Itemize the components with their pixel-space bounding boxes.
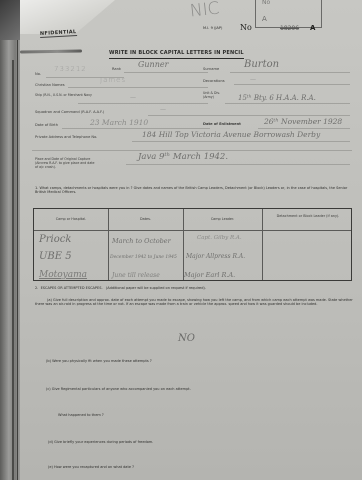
table-cell-camp: Motoyama [39, 270, 87, 280]
table-cell-leader: Capt. Gilby R.A. [197, 235, 242, 241]
question-2b: (b) Were you physically fit when you mad… [46, 359, 152, 363]
field-address-value: 184 Hill Top Victoria Avenue Borrowash D… [142, 131, 320, 139]
folder-edge-inner [17, 40, 18, 480]
table-cell-camp: UBE 5 [39, 251, 72, 262]
folder-spine [0, 0, 22, 480]
field-enlistment-value: 26ᵗʰ November 1928 [264, 118, 342, 126]
number-label: No [240, 24, 252, 32]
table-header-dates: Dates. [108, 217, 183, 221]
document-page: NIC No A M.I. 9 (JAP) No 18296 A NFIDENT… [20, 0, 362, 480]
table-header-camp: Camp or Hospital. [34, 217, 108, 221]
form-code: M.I. 9 (JAP) [203, 27, 222, 31]
field-decorations-value: — [250, 77, 256, 83]
table-header-detachment-leader: Detachment or Block Leader (if any). [266, 214, 350, 218]
folder-edge [12, 60, 14, 480]
instruction-heading: WRITE IN BLOCK CAPITAL LETTERS IN PENCIL [109, 51, 244, 59]
serial-number: 18296 [280, 26, 299, 32]
field-no-value: 733212 [54, 66, 87, 73]
field-christian-names-label: Christian Names [35, 84, 65, 88]
field-surname-label: Surname [203, 68, 219, 72]
field-squadron-label: Squadron and Command (R.A.F. A.A.F.) [35, 111, 104, 115]
stamp-faint-text: No [262, 0, 270, 6]
question-2a-answer: NO [178, 334, 195, 344]
field-ship-label: Ship (R.N., U.S.N. or Merchant Navy [35, 94, 92, 98]
field-capture-value: Java 9ᵗʰ March 1942. [138, 153, 228, 162]
field-unit-value: 15ᵗʰ Bty. 6 H.A.A. R.A. [238, 95, 316, 102]
field-surname-value: Burton [244, 60, 279, 70]
table-cell-dates: December 1942 to June 1945 [110, 255, 177, 260]
field-dob-value: 23 March 1910 [90, 119, 148, 127]
field-address-label: Private Address and Telephone No. [35, 136, 97, 140]
classification-label: NFIDENTIAL [40, 30, 77, 38]
field-squadron-value: — [160, 107, 166, 113]
camps-table: Camp or Hospital. Dates. Camp Leader. De… [33, 208, 352, 281]
field-capture-sublabel: (Aircrew R.A.F. to give place and date o… [35, 162, 95, 169]
field-dob-label: Date of Birth [35, 124, 58, 128]
field-ship-value: — [130, 95, 136, 101]
question-2e: (e) How were you recaptured and on what … [48, 465, 134, 469]
table-cell-leader: Major Allpress R.A. [186, 253, 245, 260]
question-2c: (c) Give Regimental particulars of anyon… [46, 387, 191, 391]
serial-suffix: A [310, 25, 315, 32]
question-2-heading: 2. ESCAPES OR ATTEMPTED ESCAPES. (Additi… [35, 286, 206, 290]
table-cell-camp: Priock [39, 234, 71, 245]
field-christian-names-value: James [100, 77, 126, 84]
question-2c-followup: What happened to them ? [58, 413, 104, 417]
question-2d: (d) Give briefly your experiences during… [48, 440, 153, 444]
field-no-label: No. [35, 73, 41, 77]
field-enlistment-label: Date of Enlistment [203, 123, 241, 127]
question-1: 1. What camps, detachments or hospitals … [35, 186, 353, 194]
table-cell-dates: March to October [112, 237, 171, 245]
field-unit-label: Unit & Div. (Army) [203, 92, 225, 99]
field-rank-value: Gunner [138, 61, 168, 69]
table-header-camp-leader: Camp Leader. [183, 217, 262, 221]
field-rank-label: Rank [112, 68, 121, 72]
reference-annotation: NIC [189, 0, 220, 20]
table-cell-leader: Major Earl R.A. [184, 271, 235, 279]
binding-string [20, 49, 82, 53]
question-2a: (a) Give full description and approx. da… [35, 298, 353, 306]
table-cell-dates: June till release [112, 272, 160, 279]
stamp-letter: A [262, 16, 267, 23]
field-decorations-label: Decorations [203, 80, 225, 84]
